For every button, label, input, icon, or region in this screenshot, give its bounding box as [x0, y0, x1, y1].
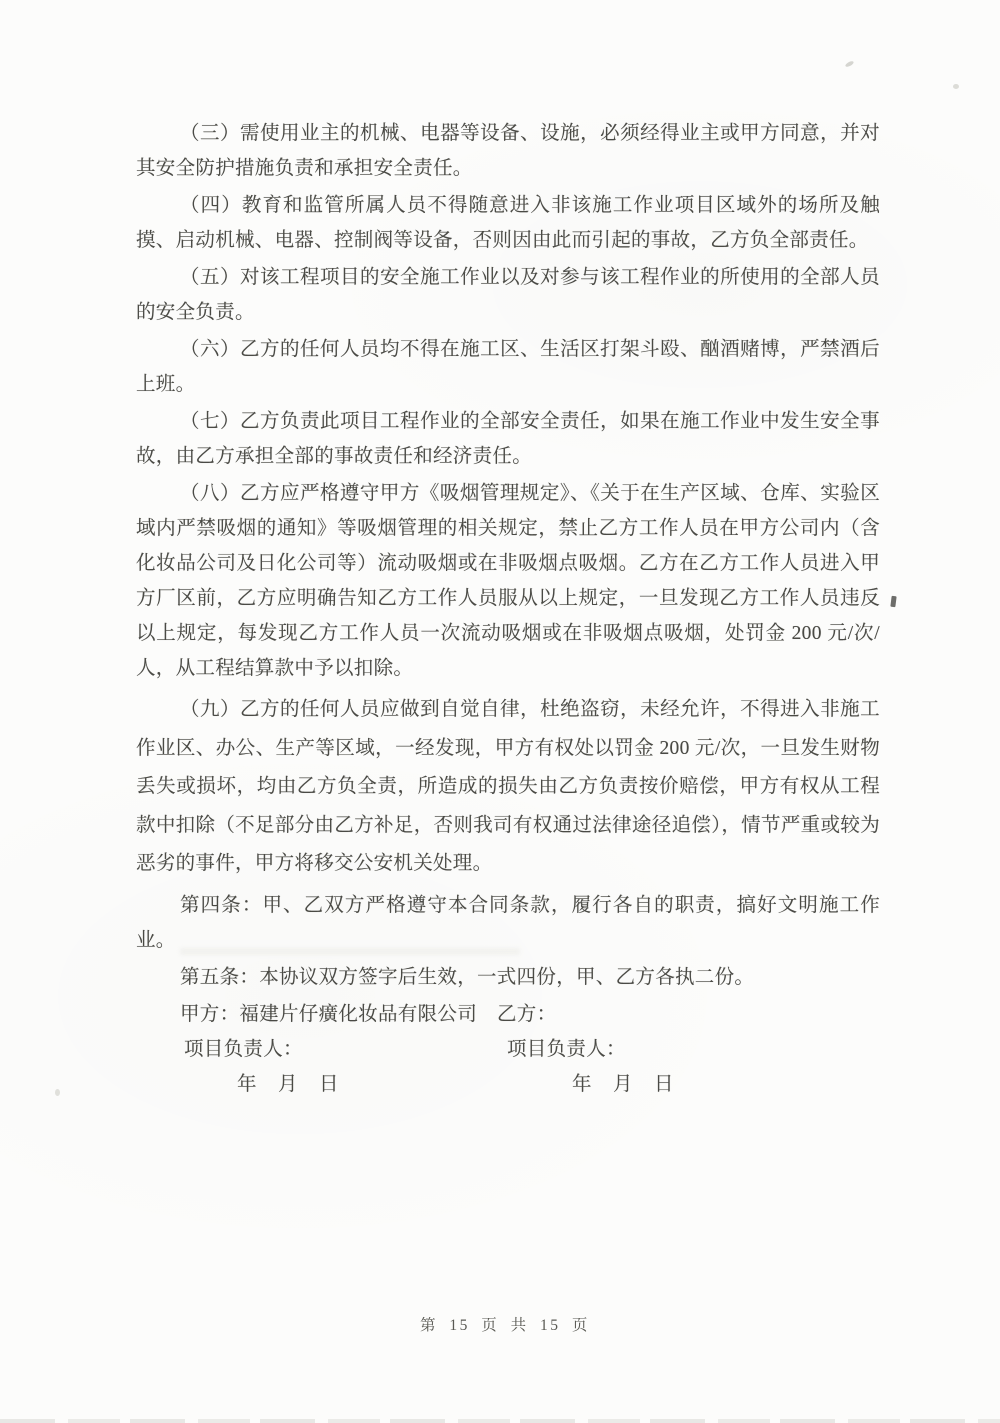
- project-manager-a-label: 项目负责人：: [184, 1032, 303, 1067]
- page-number: 第 15 页 共 15 页: [420, 1317, 590, 1334]
- scan-edge-artifact: [0, 1419, 1000, 1423]
- party-a-label: 甲方：福建片仔癀化妆品有限公司: [180, 997, 477, 1032]
- article-4-paragraph: 第四条：甲、乙双方严格遵守本合同条款，履行各自的职责，搞好文明施工作业。: [136, 888, 880, 958]
- clause-paragraph-8: （八）乙方应严格遵守甲方《吸烟管理规定》、《关于在生产区域、仓库、实验区域内严禁…: [136, 476, 880, 686]
- signature-parties-row: 甲方：福建片仔癀化妆品有限公司 乙方：: [136, 997, 880, 1032]
- project-manager-b-label: 项目负责人：: [507, 1032, 626, 1067]
- clause-paragraph-4: （四）教育和监管所属人员不得随意进入非该施工作业项目区域外的场所及触摸、启动机械…: [136, 188, 880, 258]
- date-line-a: 年 月 日: [237, 1067, 340, 1102]
- page-footer: 第 15 页 共 15 页: [0, 1313, 1000, 1335]
- scanned-contract-page: （三）需使用业主的机械、电器等设备、设施，必须经得业主或甲方同意，并对其安全防护…: [0, 0, 1000, 1423]
- scan-smudge: [845, 60, 855, 68]
- signature-managers-row: 项目负责人： 项目负责人：: [136, 1032, 880, 1067]
- party-b-label: 乙方：: [497, 997, 556, 1032]
- date-line-b: 年 月 日: [572, 1067, 675, 1102]
- scan-smudge: [953, 84, 959, 89]
- clause-paragraph-7: （七）乙方负责此项目工程作业的全部安全责任，如果在施工作业中发生安全事故，由乙方…: [136, 404, 880, 474]
- scan-smudge: [55, 1089, 60, 1096]
- signature-dates-row: 年 月 日 年 月 日: [136, 1067, 880, 1102]
- clause-paragraph-9: （九）乙方的任何人员应做到自觉自律，杜绝盗窃，未经允许，不得进入非施工作业区、办…: [136, 691, 880, 884]
- clause-paragraph-3: （三）需使用业主的机械、电器等设备、设施，必须经得业主或甲方同意，并对其安全防护…: [136, 116, 880, 186]
- bleed-through-ghost: [180, 948, 520, 955]
- clause-paragraph-6: （六）乙方的任何人员均不得在施工区、生活区打架斗殴、酗酒赌博，严禁酒后上班。: [136, 332, 880, 402]
- ink-speck: [890, 596, 896, 608]
- article-5-paragraph: 第五条：本协议双方签字后生效，一式四份，甲、乙方各执二份。: [136, 960, 880, 995]
- clause-paragraph-5: （五）对该工程项目的安全施工作业以及对参与该工程作业的所使用的全部人员的安全负责…: [136, 260, 880, 330]
